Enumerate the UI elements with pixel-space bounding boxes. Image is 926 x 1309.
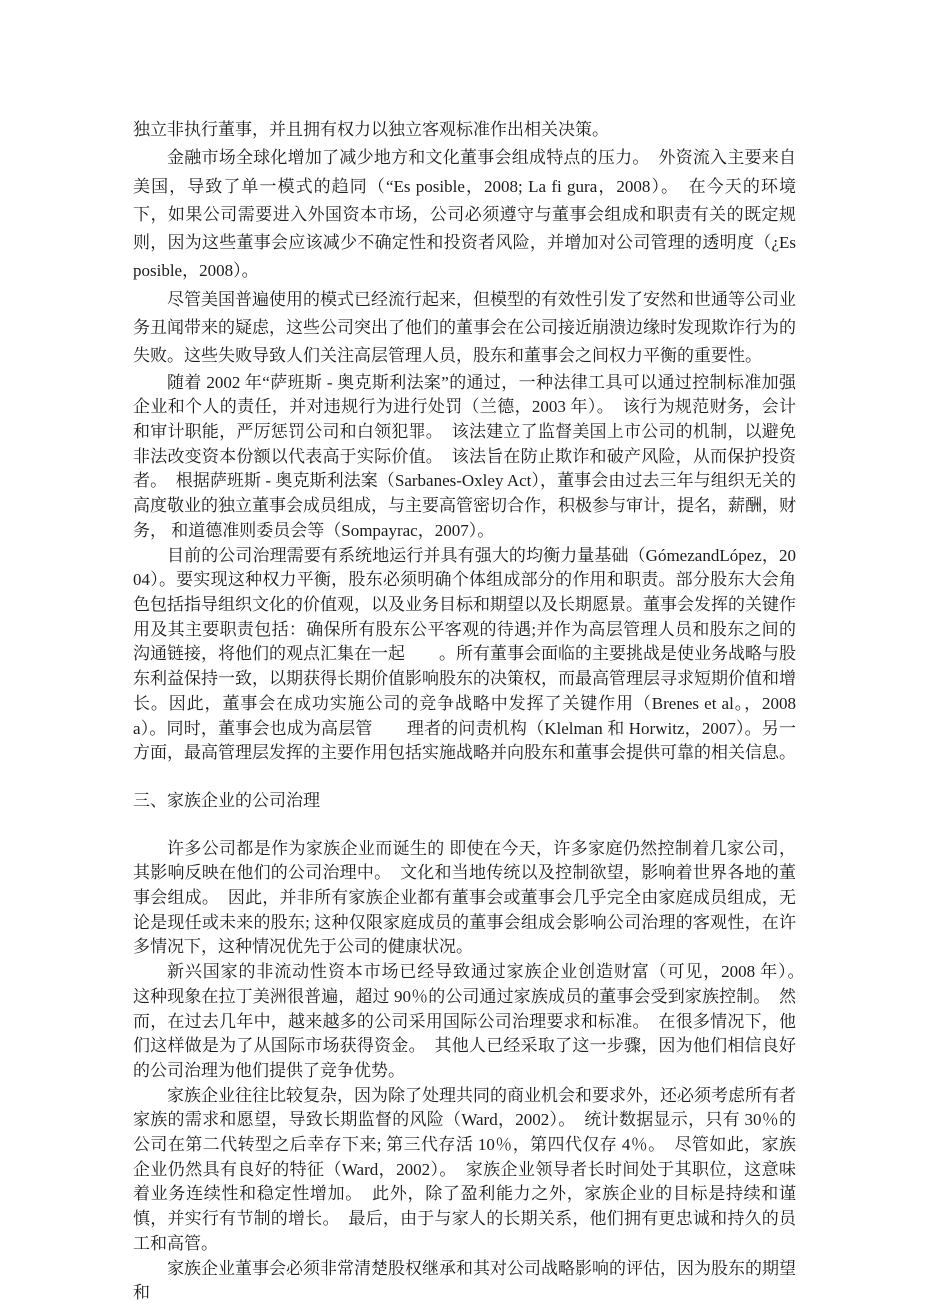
- paragraph: 随着 2002 年“萨班斯 - 奥克斯利法案”的通过，一种法律工具可以通过控制标…: [133, 371, 796, 544]
- section-heading: 三、家族企业的公司治理: [133, 789, 796, 814]
- paragraph: 金融市场全球化增加了减少地方和文化董事会组成特点的压力。 外资流入主要来自美国，…: [133, 144, 796, 285]
- paragraph: 新兴国家的非流动性资本市场已经导致通过家族企业创造财富（可见，2008 年）。 …: [133, 960, 796, 1084]
- paragraph: 家族企业往往比较复杂，因为除了处理共同的商业机会和要求外，还必须考虑所有者家族的…: [133, 1084, 796, 1257]
- paragraph: 尽管美国普遍使用的模式已经流行起来，但模型的有效性引发了安然和世通等公司业务丑闻…: [133, 286, 796, 371]
- paragraph: 许多公司都是作为家族企业而诞生的 即使在今天，许多家庭仍然控制着几家公司，其影响…: [133, 837, 796, 961]
- paragraph: 独立非执行董事，并且拥有权力以独立客观标准作出相关决策。: [133, 116, 796, 144]
- document-page: 独立非执行董事，并且拥有权力以独立客观标准作出相关决策。金融市场全球化增加了减少…: [0, 0, 926, 1309]
- paragraph: 家族企业董事会必须非常清楚股权继承和其对公司战略影响的评估，因为股东的期望和: [133, 1257, 796, 1306]
- document-body: 独立非执行董事，并且拥有权力以独立客观标准作出相关决策。金融市场全球化增加了减少…: [0, 0, 926, 1306]
- paragraph: 目前的公司治理需要有系统地运行并具有强大的均衡力量基础（GómezandLópe…: [133, 544, 796, 766]
